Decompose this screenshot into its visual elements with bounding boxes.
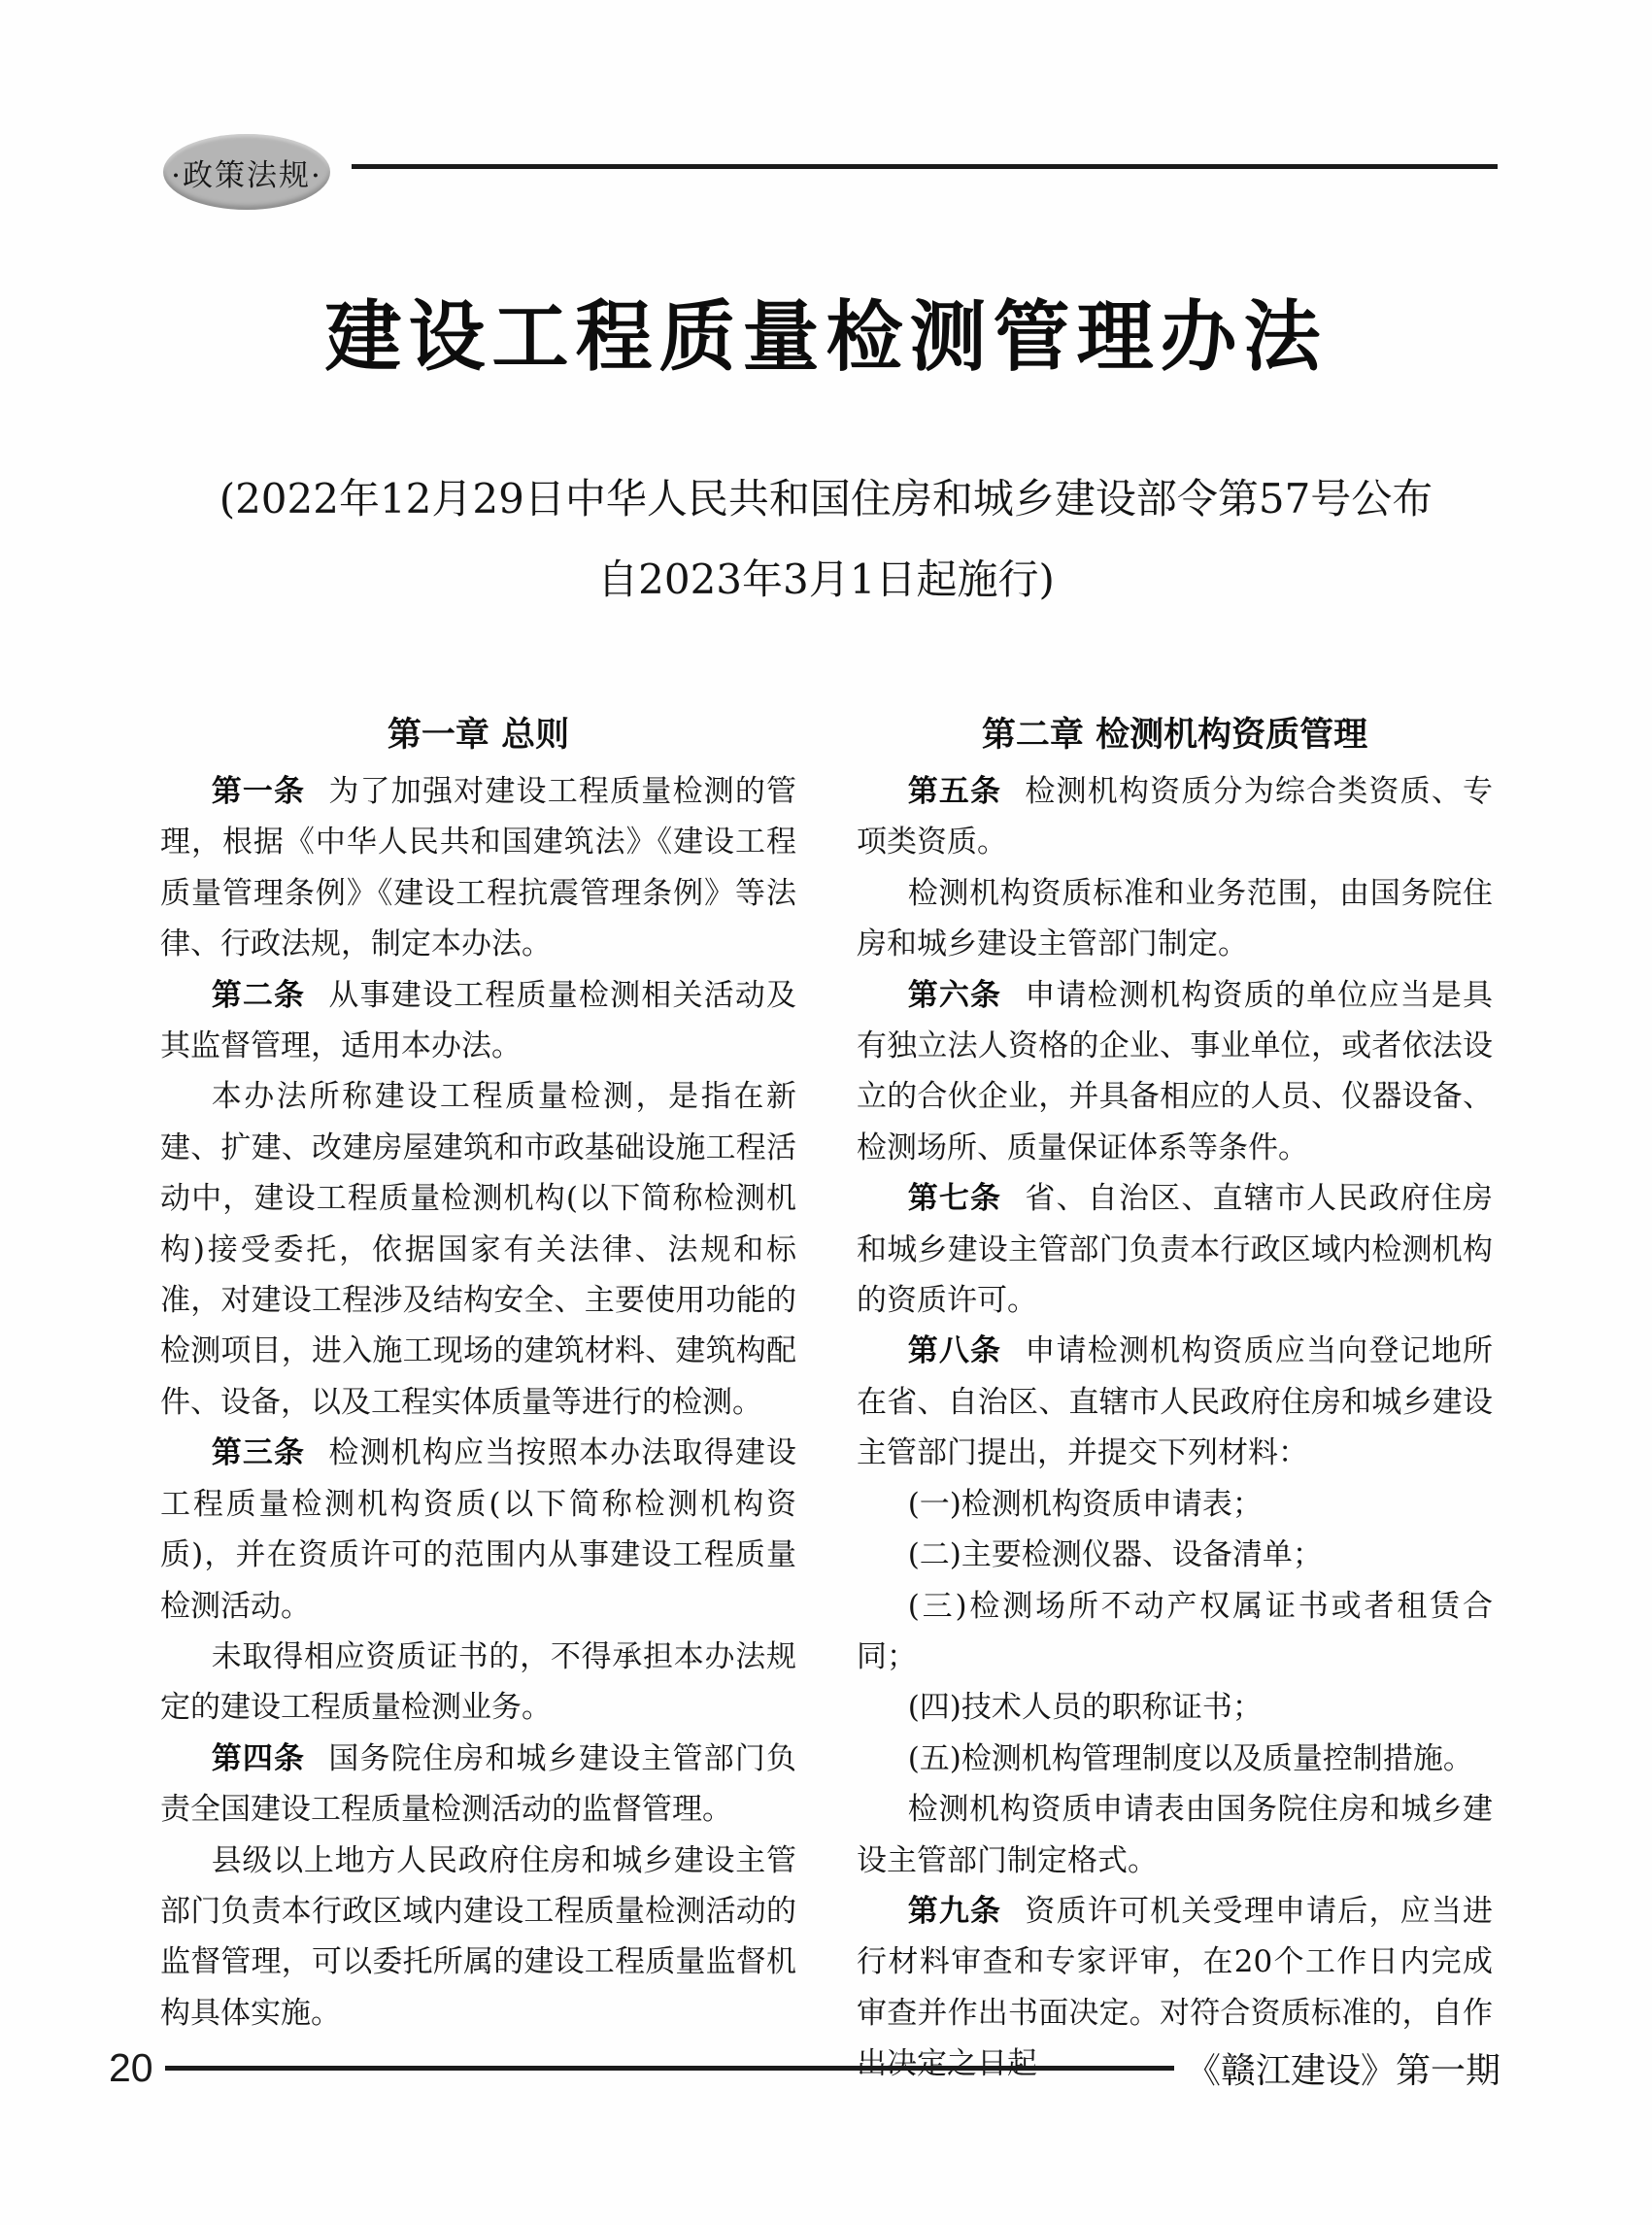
- paragraph-text: 检测机构资质申请表由国务院住房和城乡建设主管部门制定格式。: [857, 1792, 1493, 1877]
- article-number: 第四条: [212, 1741, 306, 1776]
- paragraph: 第五条检测机构资质分为综合类资质、专项类资质。: [857, 766, 1493, 868]
- chapter-heading-1: 第一章 总则: [160, 713, 796, 758]
- right-column: 第二章 检测机构资质管理 第五条检测机构资质分为综合类资质、专项类资质。 检测机…: [857, 713, 1493, 2090]
- paragraph: 第一条为了加强对建设工程质量检测的管理，根据《中华人民共和国建筑法》《建设工程质…: [160, 766, 796, 970]
- paragraph: (三)检测场所不动产权属证书或者租赁合同；: [857, 1581, 1493, 1683]
- footer-rule: [165, 2066, 1174, 2071]
- section-badge: ·政策法规·: [163, 134, 330, 210]
- article-number: 第五条: [908, 774, 1002, 809]
- paragraph: 县级以上地方人民政府住房和城乡建设主管部门负责本行政区域内建设工程质量检测活动的…: [160, 1836, 796, 2040]
- doc-subtitle: (2022年12月29日中华人民共和国住房和城乡建设部令第57号公布 自2023…: [0, 458, 1652, 620]
- article-number: 第三条: [212, 1435, 306, 1470]
- page-footer: 20 《赣江建设》第一期: [109, 2041, 1500, 2094]
- paragraph: 第四条国务院住房和城乡建设主管部门负责全国建设工程质量检测活动的监督管理。: [160, 1734, 796, 1836]
- body-columns: 第一章 总则 第一条为了加强对建设工程质量检测的管理，根据《中华人民共和国建筑法…: [160, 713, 1493, 2090]
- header-rule: [352, 164, 1498, 169]
- left-paragraphs: 第一条为了加强对建设工程质量检测的管理，根据《中华人民共和国建筑法》《建设工程质…: [160, 766, 796, 2039]
- article-number: 第九条: [908, 1894, 1002, 1929]
- left-column: 第一章 总则 第一条为了加强对建设工程质量检测的管理，根据《中华人民共和国建筑法…: [160, 713, 796, 2090]
- paragraph: 未取得相应资质证书的，不得承担本办法规定的建设工程质量检测业务。: [160, 1632, 796, 1734]
- paragraph: 检测机构资质申请表由国务院住房和城乡建设主管部门制定格式。: [857, 1784, 1493, 1886]
- paragraph: 检测机构资质标准和业务范围，由国务院住房和城乡建设主管部门制定。: [857, 868, 1493, 970]
- paragraph: 第七条省、自治区、直辖市人民政府住房和城乡建设主管部门负责本行政区域内检测机构的…: [857, 1173, 1493, 1326]
- magazine-page: ·政策法规· 建设工程质量检测管理办法 (2022年12月29日中华人民共和国住…: [0, 0, 1652, 2225]
- paragraph: (一)检测机构资质申请表；: [857, 1479, 1493, 1530]
- article-number: 第一条: [212, 774, 306, 809]
- paragraph-text: (二)主要检测仪器、设备清单；: [908, 1537, 1323, 1572]
- subtitle-line-1: (2022年12月29日中华人民共和国住房和城乡建设部令第57号公布: [0, 458, 1652, 539]
- paragraph-text: 未取得相应资质证书的，不得承担本办法规定的建设工程质量检测业务。: [160, 1639, 796, 1725]
- paragraph: 第六条申请检测机构资质的单位应当是具有独立法人资格的企业、事业单位，或者依法设立…: [857, 970, 1493, 1174]
- article-number: 第七条: [908, 1181, 1002, 1216]
- article-number: 第二条: [212, 978, 306, 1013]
- paragraph: 本办法所称建设工程质量检测，是指在新建、扩建、改建房屋建筑和市政基础设施工程活动…: [160, 1071, 796, 1428]
- paragraph-text: (三)检测场所不动产权属证书或者租赁合同；: [857, 1589, 1493, 1674]
- paragraph: 第三条检测机构应当按照本办法取得建设工程质量检测机构资质(以下简称检测机构资质)…: [160, 1428, 796, 1632]
- paragraph-text: (五)检测机构管理制度以及质量控制措施。: [908, 1741, 1473, 1776]
- subtitle-line-2: 自2023年3月1日起施行): [0, 539, 1652, 620]
- page-number: 20: [109, 2045, 153, 2091]
- paragraph-text: 检测机构资质标准和业务范围，由国务院住房和城乡建设主管部门制定。: [857, 876, 1493, 961]
- paragraph: (五)检测机构管理制度以及质量控制措施。: [857, 1734, 1493, 1784]
- right-paragraphs: 第五条检测机构资质分为综合类资质、专项类资质。 检测机构资质标准和业务范围，由国…: [857, 766, 1493, 2090]
- paragraph-text: (四)技术人员的职称证书；: [908, 1690, 1263, 1725]
- paragraph-text: 本办法所称建设工程质量检测，是指在新建、扩建、改建房屋建筑和市政基础设施工程活动…: [160, 1079, 796, 1419]
- paragraph: (四)技术人员的职称证书；: [857, 1682, 1493, 1733]
- paragraph: 第二条从事建设工程质量检测相关活动及其监督管理，适用本办法。: [160, 970, 796, 1072]
- paragraph: (二)主要检测仪器、设备清单；: [857, 1530, 1493, 1580]
- journal-issue: 《赣江建设》第一期: [1186, 2043, 1500, 2093]
- article-number: 第六条: [908, 978, 1002, 1013]
- chapter-heading-2: 第二章 检测机构资质管理: [857, 713, 1493, 758]
- paragraph: 第八条申请检测机构资质应当向登记地所在省、自治区、直辖市人民政府住房和城乡建设主…: [857, 1326, 1493, 1478]
- page-title: 建设工程质量检测管理办法: [0, 275, 1652, 386]
- paragraph-text: 县级以上地方人民政府住房和城乡建设主管部门负责本行政区域内建设工程质量检测活动的…: [160, 1843, 796, 2031]
- paragraph-text: (一)检测机构资质申请表；: [908, 1487, 1263, 1522]
- section-badge-label: ·政策法规·: [171, 151, 322, 194]
- article-number: 第八条: [908, 1333, 1002, 1368]
